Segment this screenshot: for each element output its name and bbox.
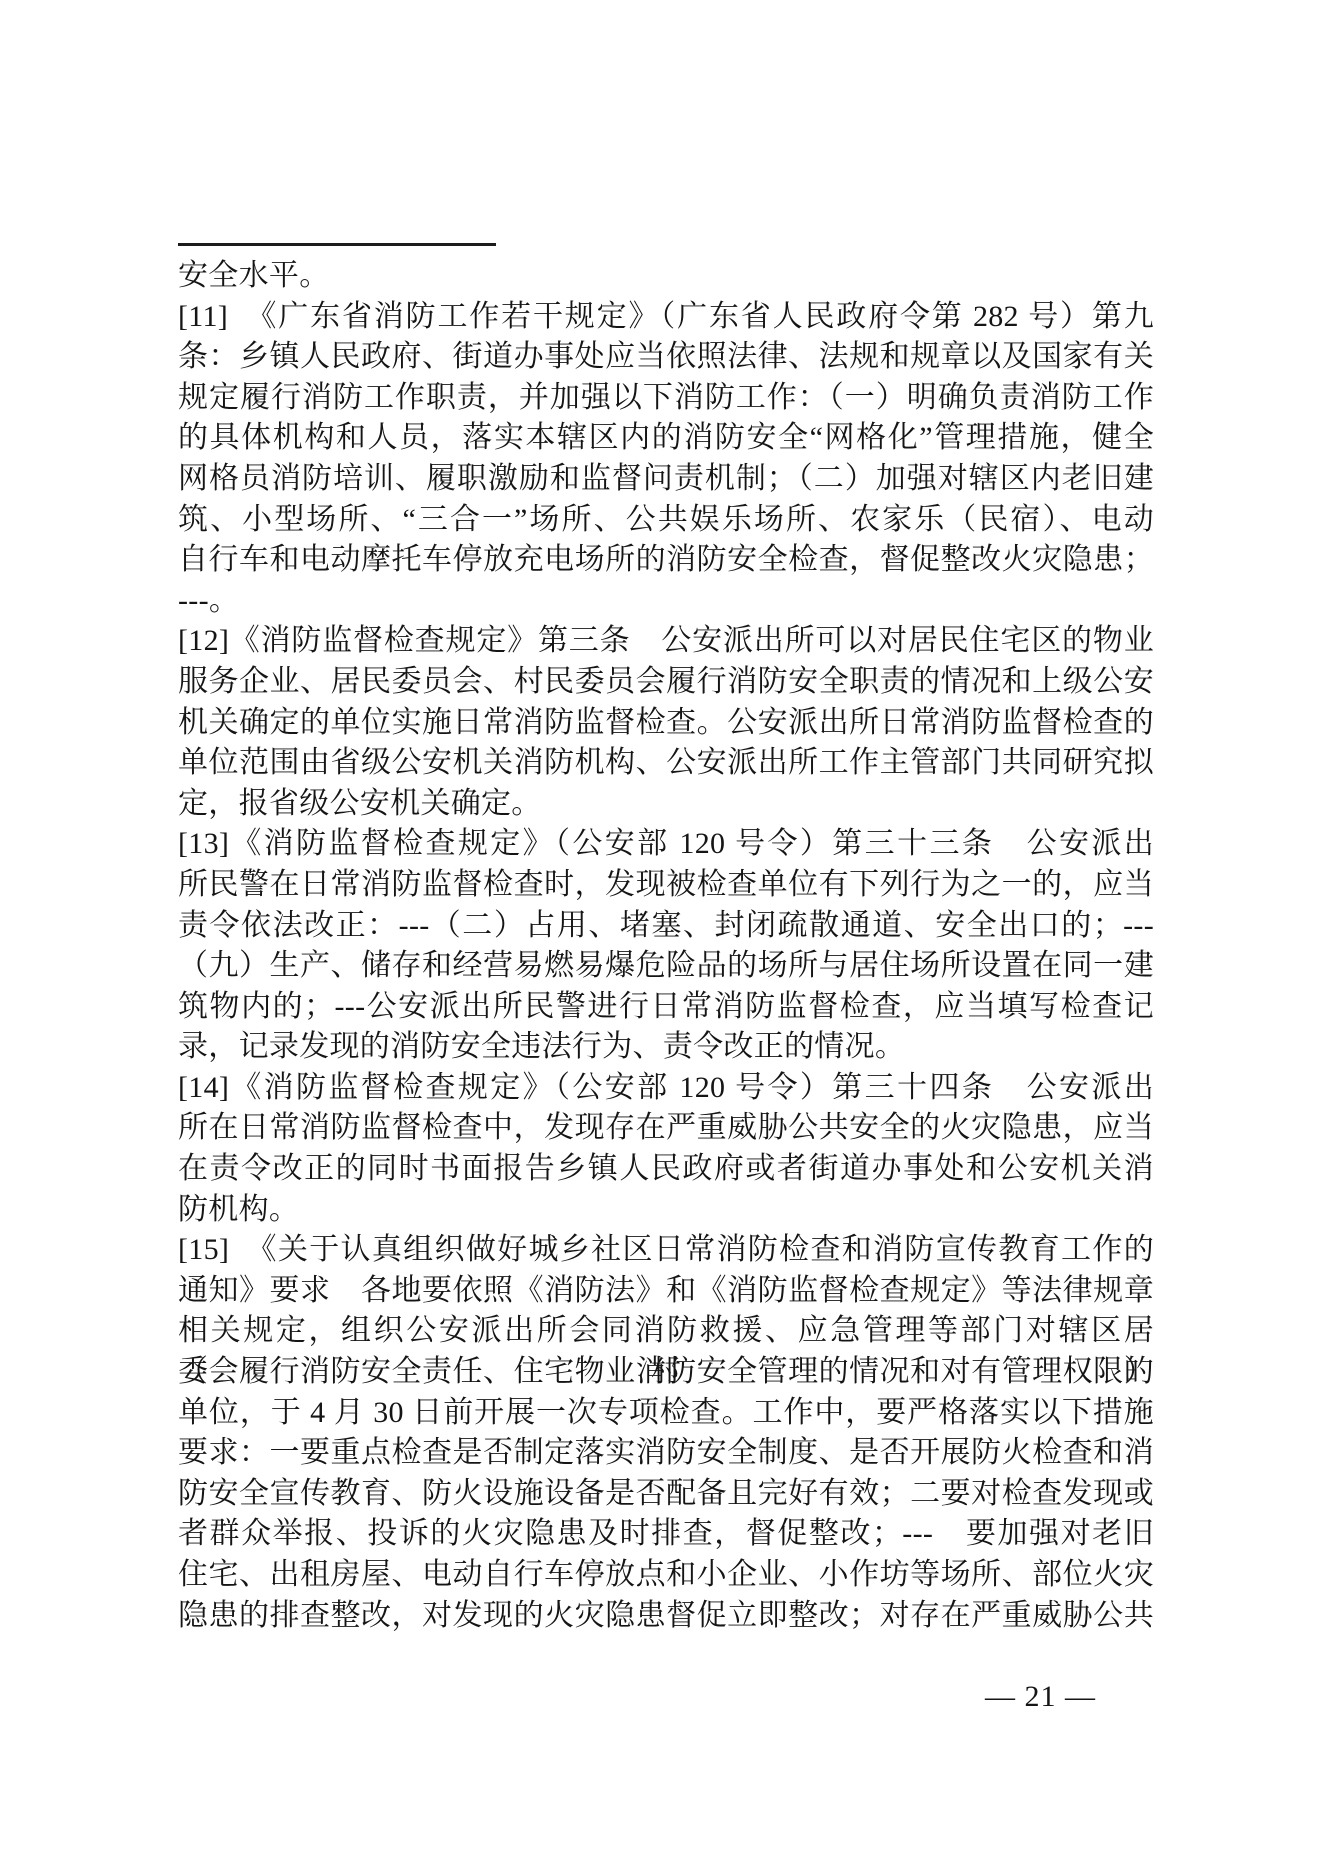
text-line: 所在日常消防监督检查中，发现存在严重威胁公共安全的火灾隐患，应当 [178, 1108, 1154, 1149]
text-line: 相关规定，组织公安派出所会同消防救援、应急管理等部门对辖区居（村） [178, 1311, 1154, 1352]
text-line: 责令依法改正：---（二）占用、堵塞、封闭疏散通道、安全出口的；--- [178, 906, 1154, 947]
text-line: ---。 [178, 581, 1154, 622]
text-line: [15] 《关于认真组织做好城乡社区日常消防检查和消防宣传教育工作的 [178, 1230, 1154, 1271]
text-line: 条：乡镇人民政府、街道办事处应当依照法律、法规和规章以及国家有关 [178, 337, 1154, 378]
text-line: 委会履行消防安全责任、住宅物业消防安全管理的情况和对有管理权限的 [178, 1352, 1154, 1393]
text-line: 的具体机构和人员，落实本辖区内的消防安全“网格化”管理措施，健全 [178, 418, 1154, 459]
text-line: 安全水平。 [178, 256, 1154, 297]
text-line: 定，报省级公安机关确定。 [178, 784, 1154, 825]
text-line: 规定履行消防工作职责，并加强以下消防工作：（一）明确负责消防工作 [178, 378, 1154, 419]
text-line: 防安全宣传教育、防火设施设备是否配备且完好有效；二要对检查发现或 [178, 1474, 1154, 1515]
text-line: [11] 《广东省消防工作若干规定》（广东省人民政府令第 282 号）第九 [178, 297, 1154, 338]
text-line: 服务企业、居民委员会、村民委员会履行消防安全职责的情况和上级公安 [178, 662, 1154, 703]
text-line: 录，记录发现的消防安全违法行为、责令改正的情况。 [178, 1027, 1154, 1068]
text-line: [14]《消防监督检查规定》（公安部 120 号令）第三十四条 公安派出 [178, 1068, 1154, 1109]
text-line: 单位，于 4 月 30 日前开展一次专项检查。工作中，要严格落实以下措施 [178, 1393, 1154, 1434]
text-block: 安全水平。[11] 《广东省消防工作若干规定》（广东省人民政府令第 282 号）… [178, 256, 1154, 1636]
text-line: 通知》要求 各地要依照《消防法》和《消防监督检查规定》等法律规章 [178, 1271, 1154, 1312]
text-line: 防机构。 [178, 1190, 1154, 1231]
text-line: （九）生产、储存和经营易燃易爆危险品的场所与居住场所设置在同一建 [178, 946, 1154, 987]
text-line: 要求：一要重点检查是否制定落实消防安全制度、是否开展防火检查和消 [178, 1433, 1154, 1474]
text-line: 自行车和电动摩托车停放充电场所的消防安全检查，督促整改火灾隐患； [178, 540, 1154, 581]
text-line: 在责令改正的同时书面报告乡镇人民政府或者街道办事处和公安机关消 [178, 1149, 1154, 1190]
text-line: 网格员消防培训、履职激励和监督问责机制；（二）加强对辖区内老旧建 [178, 459, 1154, 500]
text-line: 筑物内的；---公安派出所民警进行日常消防监督检查，应当填写检查记 [178, 987, 1154, 1028]
text-line: 者群众举报、投诉的火灾隐患及时排查，督促整改；--- 要加强对老旧 [178, 1514, 1154, 1555]
text-line: 住宅、出租房屋、电动自行车停放点和小企业、小作坊等场所、部位火灾 [178, 1555, 1154, 1596]
text-line: 隐患的排查整改，对发现的火灾隐患督促立即整改；对存在严重威胁公共 [178, 1596, 1154, 1637]
document-page: 安全水平。[11] 《广东省消防工作若干规定》（广东省人民政府令第 282 号）… [0, 0, 1323, 1871]
text-line: 单位范围由省级公安机关消防机构、公安派出所工作主管部门共同研究拟 [178, 743, 1154, 784]
page-number: — 21 — [985, 1677, 1155, 1717]
text-line: [12]《消防监督检查规定》第三条 公安派出所可以对居民住宅区的物业 [178, 621, 1154, 662]
text-line: 筑、小型场所、“三合一”场所、公共娱乐场所、农家乐（民宿）、电动 [178, 500, 1154, 541]
text-line: 所民警在日常消防监督检查时，发现被检查单位有下列行为之一的，应当 [178, 865, 1154, 906]
footnote-separator-rule [178, 243, 496, 246]
text-line: 机关确定的单位实施日常消防监督检查。公安派出所日常消防监督检查的 [178, 703, 1154, 744]
text-line: [13]《消防监督检查规定》（公安部 120 号令）第三十三条 公安派出 [178, 824, 1154, 865]
